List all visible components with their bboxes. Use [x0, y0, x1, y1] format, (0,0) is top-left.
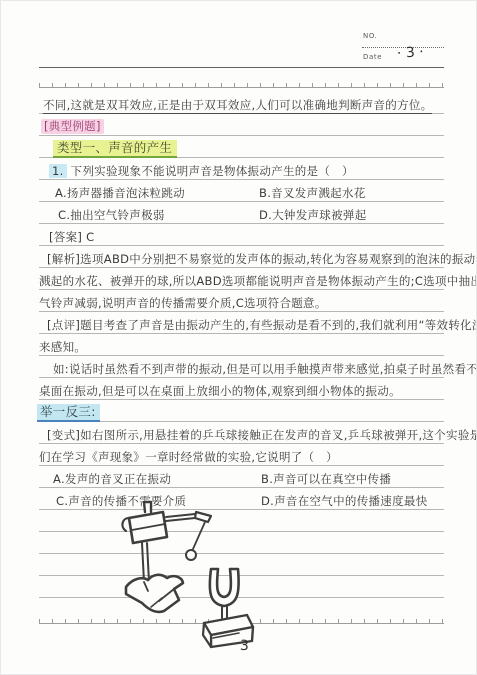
- q1-example-line1: 如:说话时虽然看不到声带的振动,但是可以用手触摸声带来感觉,拍桌子时虽然看不到: [53, 362, 477, 377]
- header-rule: [39, 67, 444, 68]
- experiment-diagram: [99, 497, 274, 657]
- no-label: NO.: [363, 32, 378, 40]
- iron-stand: [122, 502, 211, 612]
- extension-heading: 举一反三:: [37, 404, 100, 420]
- q1-option-d: D.大钟发声球被弹起: [259, 208, 367, 223]
- q1-option-b: B.音叉发声溅起水花: [259, 186, 366, 201]
- q1-analysis-line1: [解析]选项ABD中分别把不易察觉的发声体的振动,转化为容易观察到的泡沫的振动、: [47, 252, 477, 267]
- date-label: Date: [363, 53, 382, 61]
- q1-comment-line2: 来感知。: [39, 340, 86, 355]
- question1-text: 下列实验现象不能说明声音是物体振动产生的是（ ）: [71, 164, 354, 178]
- top-tick-rule: [39, 83, 444, 88]
- page-number: 3: [240, 638, 250, 654]
- intro-text: 不同,这就是双耳效应,正是由于双耳效应,人们可以准确地判断声音的方位。: [43, 98, 432, 114]
- q2-stem-line2: 们在学习《声现象》一章时经常做的实验,它说明了（ ）: [39, 450, 338, 465]
- q2-option-d: D.声音在空气中的传播速度最快: [261, 494, 428, 509]
- q1-answer: [答案] C: [49, 230, 94, 245]
- q1-option-a: A.扬声器播音泡沫粒跳动: [55, 186, 185, 201]
- question1-stem: 1. 下列实验现象不能说明声音是物体振动产生的是（ ）: [49, 164, 354, 179]
- question1-number: 1.: [49, 164, 67, 178]
- string-and-ball: [186, 522, 205, 560]
- date-value: · 3 ·: [396, 44, 424, 62]
- intro-line: 不同,这就是双耳效应,正是由于双耳效应,人们可以准确地判断声音的方位。: [43, 98, 432, 113]
- ping-pong-ball: [186, 550, 196, 560]
- q2-option-a: A.发声的音叉正在振动: [53, 472, 171, 487]
- example-tag: [典型例题]: [41, 119, 104, 134]
- q2-stem-line1: [变式]如右图所示,用悬挂着的乒乓球接触正在发声的音叉,乒乓球被弹开,这个实验是…: [47, 428, 477, 443]
- q2-option-b: B.声音可以在真空中传播: [261, 472, 391, 487]
- notebook-page: NO. Date · 3 · 不同,这就是双耳效应,正是由于双耳效应,人们可以准…: [0, 0, 477, 675]
- string: [193, 522, 205, 549]
- q1-analysis-line2: 溅起的水花、被弹开的球,所以ABD选项都能说明声音是物体振动产生的;C选项中抽出…: [39, 274, 477, 289]
- tuning-fork: [203, 569, 253, 647]
- q1-example-line2: 桌面在振动,但是可以在桌面上放细小的物体,观察到细小物体的振动。: [39, 384, 401, 399]
- stand-base: [126, 575, 183, 612]
- q1-analysis-line3: 气铃声减弱,说明声音的传播需要介质,C选项符合题意。: [39, 296, 327, 311]
- q1-comment-line1: [点评]题目考查了声音是由振动产生的,有些振动是看不到的,我们就利用“等效转化法…: [47, 318, 477, 333]
- q1-option-c: C.抽出空气铃声极弱: [58, 208, 165, 223]
- type-heading: 类型一、声音的产生: [53, 140, 177, 156]
